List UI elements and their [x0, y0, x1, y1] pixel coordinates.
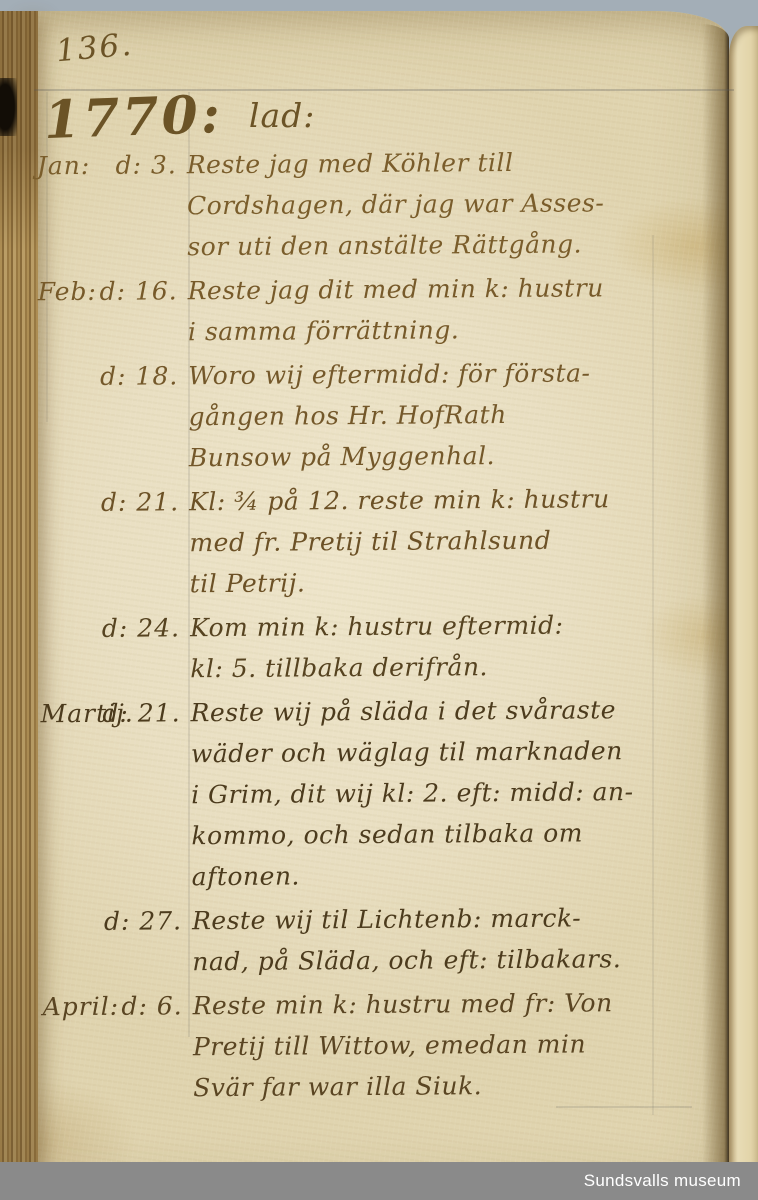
entry-text: Reste min k: hustru med fr: VonPretij ti… [193, 982, 696, 1109]
year-heading: 1770: [43, 89, 224, 147]
handwritten-line: til Petrij. [190, 560, 692, 605]
handwritten-line: nad, på Släda, och eft: tilbakars. [192, 938, 694, 983]
entry-text: Reste wij til Lichtenb: marck-nad, på Sl… [192, 897, 695, 983]
handwritten-line: Reste jag med Köhler till [187, 141, 689, 186]
handwritten-line: Reste wij på släda i det svåraste [190, 689, 692, 734]
diary-entry: d: 24.Kom min k: hustru eftermid:kl: 5. … [38, 604, 693, 691]
page-crease-shadow [702, 24, 729, 1200]
entry-date: April:d: 6. [41, 985, 194, 1109]
handwritten-line: kl: 5. tillbaka derifrån. [190, 645, 692, 690]
entry-date: d: 24. [38, 607, 191, 690]
entry-month: Jan: [37, 145, 91, 186]
binding-dark-stain [0, 78, 17, 136]
next-page-edge [729, 26, 758, 1200]
handwritten-line: kommo, och sedan tilbaka om [191, 812, 693, 857]
entry-day: d: 18. [36, 355, 188, 397]
entry-text: Woro wij eftermidd: för första-gången ho… [188, 352, 691, 479]
photo-backdrop: 136. 1770: lad: Jan:d: 3.Reste jag med K… [0, 0, 758, 1200]
year-heading-row: 1770: lad: [44, 92, 315, 144]
handwritten-line: Woro wij eftermidd: för första- [188, 352, 690, 397]
entry-month: Feb: [38, 271, 97, 312]
handwritten-line: Bunsow på Myggenhal. [189, 434, 691, 479]
handwritten-line: Svär far war illa Siuk. [193, 1064, 695, 1109]
handwritten-line: med fr. Pretij til Strahlsund [189, 519, 691, 564]
handwritten-line: Cordshagen, där jag war Asses- [187, 182, 689, 227]
entry-day: d: 24. [38, 607, 190, 649]
handwritten-line: Reste min k: hustru med fr: Von [193, 982, 695, 1027]
diary-entry: Feb:d: 16.Reste jag dit med min k: hustr… [36, 267, 691, 354]
entry-text: Reste jag med Köhler tillCordshagen, där… [187, 141, 690, 268]
museum-credit: Sundsvalls museum [584, 1171, 758, 1191]
book-binding-edge [0, 11, 38, 1200]
handwritten-line: Kom min k: hustru eftermid: [190, 604, 692, 649]
diary-entry: d: 18.Woro wij eftermidd: för första-gån… [36, 352, 691, 480]
handwritten-line: i Grim, dit wij kl: 2. eft: midd: an- [191, 771, 693, 816]
handwritten-line: sor uti den anstälte Rättgång. [187, 223, 689, 268]
entry-date: d: 21. [37, 481, 190, 605]
handwritten-line: Pretij till Wittow, emedan min [193, 1023, 695, 1068]
handwritten-line: i samma förrättning. [188, 308, 690, 353]
entry-date: Feb:d: 16. [36, 270, 189, 353]
page-number: 136. [55, 27, 135, 70]
diary-entry: Martij.d: 21.Reste wij på släda i det sv… [38, 689, 693, 899]
entry-text: Kl: ¾ på 12. reste min k: hustrumed fr. … [189, 478, 692, 605]
year-heading-suffix: lad: [249, 96, 315, 135]
entry-text: Reste jag dit med min k: hustrui samma f… [188, 267, 691, 353]
entry-month: Martij. [40, 693, 133, 735]
handwritten-line: Reste jag dit med min k: hustru [188, 267, 690, 312]
entry-date: Martij.d: 21. [38, 692, 191, 898]
handwritten-line: Reste wij til Lichtenb: marck- [192, 897, 694, 942]
handwritten-line: gången hos Hr. HofRath [188, 393, 690, 438]
entry-text: Reste wij på släda i det svårastewäder o… [190, 689, 693, 897]
entry-day: d: 27. [40, 900, 192, 942]
entry-day: d: 21. [37, 481, 189, 523]
handwritten-line: Kl: ¾ på 12. reste min k: hustru [189, 478, 691, 523]
entry-month: April: [43, 986, 120, 1028]
entry-date: Jan:d: 3. [35, 144, 188, 268]
handwritten-line: wäder och wäglag til marknaden [191, 730, 693, 775]
entry-date: d: 18. [36, 355, 189, 479]
diary-entries: Jan:d: 3.Reste jag med Köhler tillCordsh… [35, 141, 696, 1113]
diary-entry: d: 21.Kl: ¾ på 12. reste min k: hustrume… [37, 478, 692, 606]
diary-entry: Jan:d: 3.Reste jag med Köhler tillCordsh… [35, 141, 690, 269]
diary-entry: d: 27.Reste wij til Lichtenb: marck-nad,… [40, 897, 695, 984]
entry-text: Kom min k: hustru eftermid:kl: 5. tillba… [190, 604, 693, 690]
handwritten-line: aftonen. [192, 853, 694, 898]
entry-date: d: 27. [40, 900, 193, 983]
diary-entry: April:d: 6.Reste min k: hustru med fr: V… [41, 982, 696, 1110]
footer-bar: Sundsvalls museum [0, 1162, 758, 1200]
